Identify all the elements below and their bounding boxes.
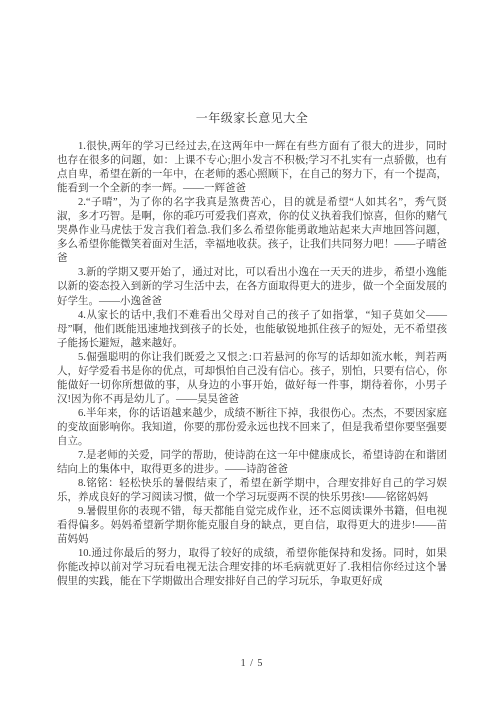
document-title: 一年级家长意见大全: [57, 111, 447, 126]
parent-comment-3: 3.新的学期又要开始了，通过对比，可以看出小逸在一天天的进步，希望小逸能以新的姿…: [57, 266, 447, 308]
parent-comment-7: 7.是老师的关爱，同学的帮助，使诗韵在这一年中健康成长，希望诗韵在和谐团结向上的…: [57, 449, 447, 477]
parent-comment-8: 8.铭铭：轻松快乐的暑假结束了，希望在新学期中，合理安排好自己的学习娱乐，养成良…: [57, 477, 447, 505]
parent-comment-10: 10.通过你最后的努力，取得了较好的成绩，希望你能保持和发扬。同时，如果你能改掉…: [57, 547, 447, 589]
page-number-indicator: 1 / 5: [0, 658, 504, 670]
parent-comment-5: 5.倔强聪明的你让我们既爱之又恨之:口若悬河的你写的话却如流水帐，判若两人，好学…: [57, 351, 447, 407]
document-content: 一年级家长意见大全 1.很快,两年的学习已经过去,在这两年中一辉在有些方面有了很…: [57, 111, 447, 590]
parent-comment-4: 4.从家长的话中,我们不难看出父母对自己的孩子了如指掌，“知子莫如父——母”啊，…: [57, 309, 447, 351]
parent-comment-1: 1.很快,两年的学习已经过去,在这两年中一辉在有些方面有了很大的进步，同时也存在…: [57, 140, 447, 196]
parent-comment-9: 9.暑假里你的表现不错，每天都能自觉完成作业，还不忘阅读课外书籍，但电视看得偏多…: [57, 505, 447, 547]
parent-comment-2: 2.“子晴”，为了你的名字我真是煞费苦心，目的就是希望“人如其名”，秀气贤淑，多…: [57, 196, 447, 266]
parent-comment-6: 6.半年来，你的话语越来越少，成绩不断往下掉，我很伤心。杰杰，不要因家庭的变故面…: [57, 407, 447, 449]
document-page: 一年级家长意见大全 1.很快,两年的学习已经过去,在这两年中一辉在有些方面有了很…: [0, 0, 504, 713]
